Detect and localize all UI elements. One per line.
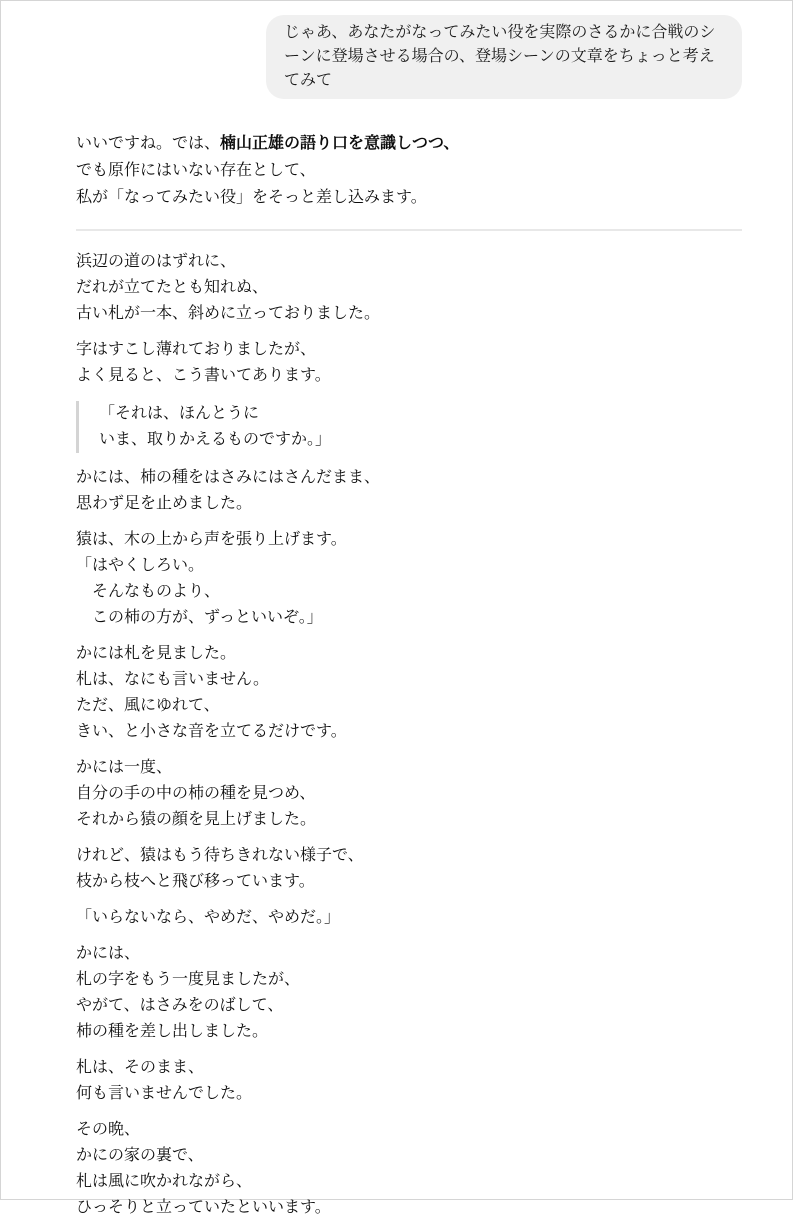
user-message-bubble: じゃあ、あなたがなってみたい役を実際のさるかに合戦のシーンに登場させる場合の、登… [266, 15, 742, 99]
story-paragraph: かには札を見ました。 札は、なにも言いません。 ただ、風にゆれて、 きい、と小さ… [76, 641, 742, 745]
assistant-message: いいですね。では、楠山正雄の語り口を意識しつつ、 でも原作にはいない存在として、… [76, 130, 742, 1200]
section-divider [76, 229, 742, 231]
story-paragraph: 「いらないなら、やめだ、やめだ。」 [76, 905, 742, 931]
story-paragraph: かには、 札の字をもう一度見ましたが、 やがて、はさみをのばして、 柿の種を差し… [76, 941, 742, 1045]
story-paragraph: けれど、猿はもう待ちきれない様子で、 枝から枝へと飛び移っています。 [76, 843, 742, 895]
story-paragraph: かには一度、 自分の手の中の柿の種を見つめ、 それから猿の顔を見上げました。 [76, 755, 742, 833]
story-paragraph: その晩、 かにの家の裏で、 札は風に吹かれながら、 ひっそりと立っていたといいま… [76, 1117, 742, 1200]
story: 浜辺の道のはずれに、 だれが立てたとも知れぬ、 古い札が一本、斜めに立っておりま… [76, 249, 742, 1200]
story-quote: 「それは、ほんとうに いま、取りかえるものですか。」 [76, 401, 742, 453]
intro-line2: でも原作にはいない存在として、 [76, 157, 742, 184]
assistant-intro-paragraph: いいですね。では、楠山正雄の語り口を意識しつつ、 でも原作にはいない存在として、… [76, 130, 742, 211]
intro-line1-bold: 楠山正雄の語り口を意識しつつ、 [220, 135, 459, 152]
story-paragraph: 字はすこし薄れておりましたが、 よく見ると、こう書いてあります。 [76, 337, 742, 389]
story-paragraph: 猿は、木の上から声を張り上げます。 「はやくしろい。 そんなものより、 この柿の… [76, 527, 742, 631]
story-paragraph: かには、柿の種をはさみにはさんだまま、 思わず足を止めました。 [76, 465, 742, 517]
user-message-row: じゃあ、あなたがなってみたい役を実際のさるかに合戦のシーンに登場させる場合の、登… [76, 15, 742, 99]
chat-page: じゃあ、あなたがなってみたい役を実際のさるかに合戦のシーンに登場させる場合の、登… [0, 0, 793, 1200]
story-paragraph: 札は、そのまま、 何も言いませんでした。 [76, 1055, 742, 1107]
intro-line1: いいですね。では、楠山正雄の語り口を意識しつつ、 [76, 130, 742, 157]
intro-line3: 私が「なってみたい役」をそっと差し込みます。 [76, 184, 742, 211]
intro-line1-regular: いいですね。では、 [76, 135, 220, 152]
story-paragraph: 浜辺の道のはずれに、 だれが立てたとも知れぬ、 古い札が一本、斜めに立っておりま… [76, 249, 742, 327]
chat-content: じゃあ、あなたがなってみたい役を実際のさるかに合戦のシーンに登場させる場合の、登… [1, 1, 792, 1200]
